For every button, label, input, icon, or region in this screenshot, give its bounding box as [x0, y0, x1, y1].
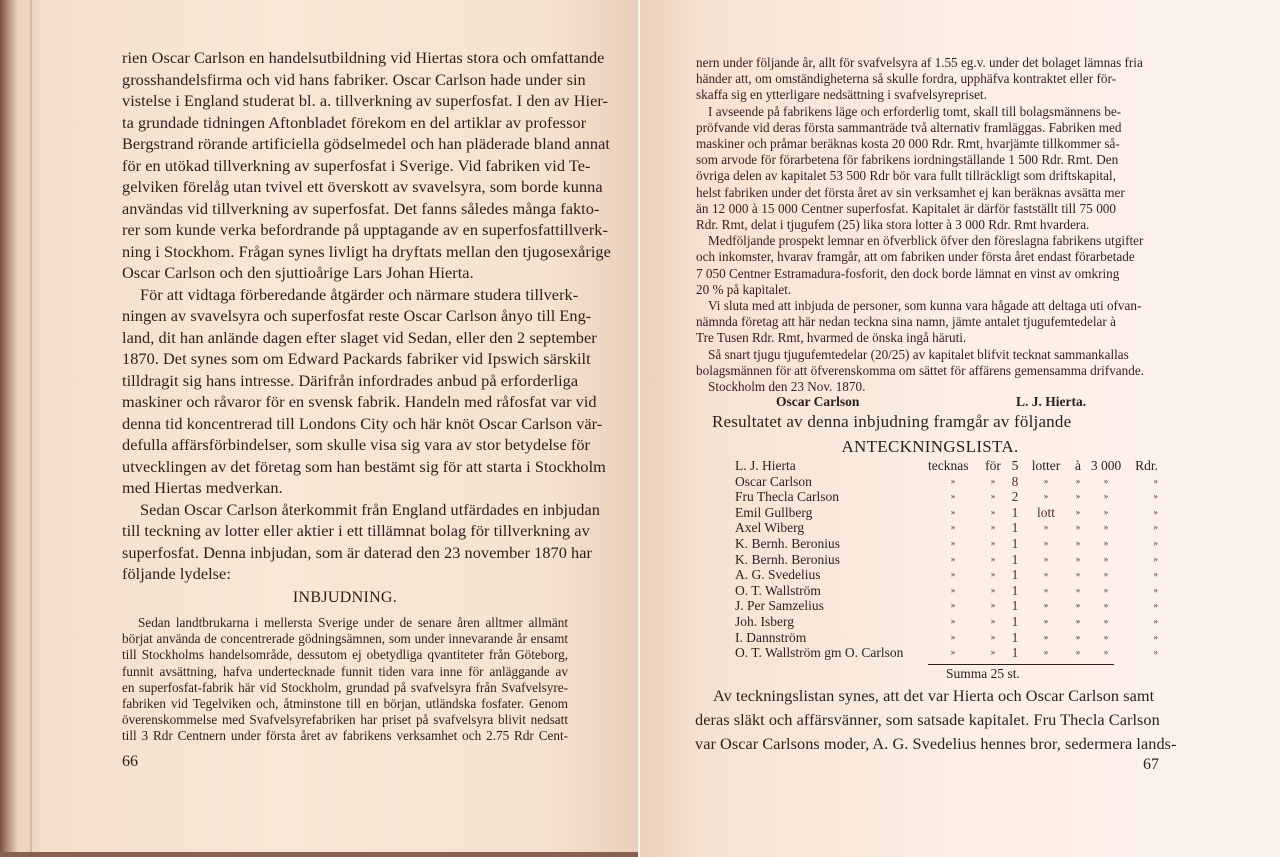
right-body-text: Av teckningslistan synes, att det var Hi…: [695, 684, 1116, 756]
cell: »: [928, 474, 978, 490]
text-line: grosshandelsfirma och vid hans fabriker.…: [122, 69, 568, 91]
invitation-text-left: Sedan landtbrukarna i mellersta Sverige …: [122, 615, 568, 745]
cell: »: [978, 536, 1008, 552]
page-gutter: [638, 0, 640, 857]
cell: »: [1126, 536, 1158, 552]
subscription-list: L. J. Hierta tecknas för 5 lotter à 3 00…: [735, 458, 1158, 661]
cell: »: [978, 614, 1008, 630]
cell: »: [1022, 489, 1070, 505]
book-edge: [0, 0, 40, 857]
text-line: defulla affärsförbindelser, som skulle v…: [122, 434, 568, 456]
text-line: helst fabriken under det första året av …: [696, 185, 1116, 201]
cell: »: [1022, 552, 1070, 568]
text-line: 1870. Det synes som om Edward Packards f…: [122, 348, 568, 370]
text-line: Bergstrand rörande artificiella gödselme…: [122, 133, 568, 155]
text-line: tilldragit sig hans intresse. Därifrån i…: [122, 370, 568, 392]
cell: »: [1070, 567, 1086, 583]
book-bottom-edge: [0, 852, 640, 857]
subscriber-name: Oscar Carlson: [735, 474, 928, 490]
text-line: en superfosfat-fabrik här vid Stockholm,…: [122, 680, 568, 696]
text-line: följande lydelse:: [122, 563, 568, 585]
cell: »: [1126, 505, 1158, 521]
cell: »: [1070, 583, 1086, 599]
subscriber-name: A. G. Svedelius: [735, 567, 928, 583]
cell: »: [1086, 567, 1126, 583]
cell: »: [928, 567, 978, 583]
cell: Rdr.: [1126, 458, 1158, 474]
cell: à: [1070, 458, 1086, 474]
cell: »: [1070, 520, 1086, 536]
cell: »: [978, 552, 1008, 568]
cell: »: [1070, 505, 1086, 521]
cell: 1: [1008, 505, 1022, 521]
table-row: A. G. Svedelius»»1»»»»: [735, 567, 1158, 583]
cell: »: [1086, 552, 1126, 568]
cell: »: [978, 645, 1008, 661]
subscriber-name: K. Bernh. Beronius: [735, 552, 928, 568]
text-line: 20 % på kapitalet.: [696, 282, 1116, 298]
table-row: J. Per Samzelius»»1»»»»: [735, 598, 1158, 614]
table-row: Emil Gullberg»»1lott»»»: [735, 505, 1158, 521]
cell: »: [928, 552, 978, 568]
cell: för: [978, 458, 1008, 474]
cell: »: [1022, 536, 1070, 552]
cell: »: [1070, 474, 1086, 490]
cell: »: [1086, 520, 1126, 536]
text-line: Sedan landtbrukarna i mellersta Sverige …: [122, 615, 568, 631]
text-line: händer att, om omständigheterna så skull…: [696, 71, 1116, 87]
text-line: ning i Stockhom. Frågan synes livligt ha…: [122, 241, 568, 263]
text-line: Rdr. Rmt, delat i tjugufem (25) lika sto…: [696, 217, 1116, 233]
cell: »: [1086, 489, 1126, 505]
cell: 1: [1008, 598, 1022, 614]
text-line: med Hiertas medverkan.: [122, 477, 568, 499]
cell: »: [1022, 583, 1070, 599]
cell: »: [978, 505, 1008, 521]
cell: »: [1086, 474, 1126, 490]
text-line: Av teckningslistan synes, att det var Hi…: [695, 684, 1116, 708]
cell: »: [1022, 630, 1070, 646]
text-line: superfosfat. Denna inbjudan, som är date…: [122, 542, 568, 564]
text-line: än 12 000 à 15 000 Centner superfosfat. …: [696, 201, 1116, 217]
cell: 1: [1008, 567, 1022, 583]
text-line: till 3 Rdr Centnern under första året av…: [122, 728, 568, 744]
page-number-left: 66: [122, 753, 138, 771]
text-line: ta grundade tidningen Aftonbladet föreko…: [122, 112, 568, 134]
cell: »: [1126, 567, 1158, 583]
text-line: maskiner och pråmar beräknas kosta 20 00…: [696, 136, 1116, 152]
subscriber-name: L. J. Hierta: [735, 458, 928, 474]
text-line: bolagsmännen för att öfverenskomma om sä…: [696, 363, 1116, 379]
result-intro: Resultatet av denna inbjudning framgår a…: [712, 412, 1071, 432]
cell: »: [1086, 598, 1126, 614]
cell: »: [928, 645, 978, 661]
cell: 1: [1008, 520, 1022, 536]
cell: »: [978, 567, 1008, 583]
cell: »: [1126, 598, 1158, 614]
text-line: börjat använda de concentrerade gödnings…: [122, 631, 568, 647]
cell: »: [1086, 630, 1126, 646]
cell: »: [1070, 552, 1086, 568]
table-row: Oscar Carlson»»8»»»»: [735, 474, 1158, 490]
text-line: Stockholm den 23 Nov. 1870.: [696, 379, 1116, 395]
table-row: Joh. Isberg»»1»»»»: [735, 614, 1158, 630]
invitation-title: INBJUDNING.: [122, 589, 568, 607]
cell: »: [1022, 645, 1070, 661]
cell: »: [1126, 520, 1158, 536]
cell: »: [1126, 630, 1158, 646]
subscriber-name: Emil Gullberg: [735, 505, 928, 521]
subscriber-name: Joh. Isberg: [735, 614, 928, 630]
cell: »: [978, 520, 1008, 536]
text-line: Så snart tjugu tjugufemtedelar (20/25) a…: [696, 347, 1116, 363]
cell: 1: [1008, 536, 1022, 552]
cell: »: [1126, 645, 1158, 661]
cell: »: [1070, 614, 1086, 630]
table-row: I. Dannström»»1»»»»: [735, 630, 1158, 646]
table-row: K. Bernh. Beronius»»1»»»»: [735, 536, 1158, 552]
text-line: Vi sluta med att inbjuda de personer, so…: [696, 298, 1116, 314]
text-line: till Stockholms handelsområde, dessutom …: [122, 647, 568, 663]
cell: »: [978, 630, 1008, 646]
cell: »: [928, 598, 978, 614]
cell: »: [1070, 536, 1086, 552]
cell: »: [1126, 489, 1158, 505]
table-row: L. J. Hierta tecknas för 5 lotter à 3 00…: [735, 458, 1158, 474]
cell: 1: [1008, 630, 1022, 646]
cell: »: [1126, 552, 1158, 568]
cell: »: [1070, 645, 1086, 661]
text-line: utvecklingen av det företag som han best…: [122, 456, 568, 478]
cell: »: [928, 489, 978, 505]
cell: »: [1086, 505, 1126, 521]
text-line: Oscar Carlson och den sjuttioårige Lars …: [122, 262, 568, 284]
text-line: rien Oscar Carlson en handelsutbildning …: [122, 47, 568, 69]
cell: »: [928, 583, 978, 599]
text-line: för en utökad tillverkning av superfosfa…: [122, 155, 568, 177]
cell: »: [1126, 583, 1158, 599]
cell: »: [1126, 474, 1158, 490]
text-line: nern under följande år, allt för svafvel…: [696, 55, 1116, 71]
text-line: maskiner och råvaror för en svensk fabri…: [122, 391, 568, 413]
text-line: överenskommelse med Svafvelsyrefabriken …: [122, 712, 568, 728]
text-line: deras släkt och affärsvänner, som satsad…: [695, 708, 1116, 732]
text-line: ningen av svavelsyra och superfosfat res…: [122, 305, 568, 327]
cell: »: [928, 505, 978, 521]
cell: »: [1022, 520, 1070, 536]
text-line: till teckning av lotter eller aktier i e…: [122, 520, 568, 542]
cell: »: [928, 614, 978, 630]
table-row: Axel Wiberg»»1»»»»: [735, 520, 1158, 536]
cell: »: [1086, 645, 1126, 661]
signature-lj-hierta: L. J. Hierta.: [1016, 394, 1086, 410]
cell: »: [1070, 489, 1086, 505]
table-row: Fru Thecla Carlson»»2»»»»: [735, 489, 1158, 505]
list-title: ANTECKNINGSLISTA.: [800, 437, 1060, 457]
text-line: nämnda företag att här nedan teckna sina…: [696, 314, 1116, 330]
subscriber-name: J. Per Samzelius: [735, 598, 928, 614]
sum-rule: [928, 664, 1114, 665]
text-line: denna tid koncentrerad till Londons City…: [122, 413, 568, 435]
cell: »: [1022, 474, 1070, 490]
text-line: vistelse i England studerat bl. a. tillv…: [122, 90, 568, 112]
cell: »: [1070, 598, 1086, 614]
subscriber-name: I. Dannström: [735, 630, 928, 646]
cell: »: [1022, 598, 1070, 614]
cell: 5: [1008, 458, 1022, 474]
text-line: För att vidtaga förberedande åtgärder oc…: [122, 284, 568, 306]
cell: 1: [1008, 614, 1022, 630]
text-line: användas vid tillverkning av superfosfat…: [122, 198, 568, 220]
text-line: Medföljande prospekt lemnar en öfverblic…: [696, 233, 1116, 249]
text-line: 7 050 Centner Estramadura-fosforit, den …: [696, 266, 1116, 282]
table-row: K. Bernh. Beronius»»1»»»»: [735, 552, 1158, 568]
cell: »: [1126, 614, 1158, 630]
cell: 2: [1008, 489, 1022, 505]
cell: »: [1070, 630, 1086, 646]
subscriber-name: Fru Thecla Carlson: [735, 489, 928, 505]
page-number-right: 67: [1143, 756, 1159, 774]
text-line: var Oscar Carlsons moder, A. G. Svedeliu…: [695, 732, 1116, 756]
text-line: Sedan Oscar Carlson återkommit från Engl…: [122, 499, 568, 521]
text-line: I avseende på fabrikens läge och erforde…: [696, 104, 1116, 120]
cell: 3 000: [1086, 458, 1126, 474]
text-line: rer som kunde verka befordrande på uppta…: [122, 219, 568, 241]
text-line: Tre Tusen Rdr. Rmt, hvarmed de önska ing…: [696, 330, 1116, 346]
text-line: övriga delen av kapitalet 53 500 Rdr bör…: [696, 168, 1116, 184]
cell: 1: [1008, 552, 1022, 568]
cell: 1: [1008, 645, 1022, 661]
text-line: som arvode för förarbetena för fabrikens…: [696, 152, 1116, 168]
cell: »: [978, 474, 1008, 490]
cell: lott: [1022, 505, 1070, 521]
invitation-text-right: nern under följande år, allt för svafvel…: [696, 55, 1116, 395]
book-spread: rien Oscar Carlson en handelsutbildning …: [0, 0, 1280, 857]
subscriber-name: O. T. Wallström: [735, 583, 928, 599]
text-line: funnit avsättning, hafva undertecknade f…: [122, 664, 568, 680]
text-line: skaffa sig en ytterligare nedsättning i …: [696, 87, 1116, 103]
subscriber-name: O. T. Wallström gm O. Carlson: [735, 645, 928, 661]
table-row: O. T. Wallström gm O. Carlson»»1»»»»: [735, 645, 1158, 661]
cell: »: [978, 489, 1008, 505]
cell: lotter: [1022, 458, 1070, 474]
subscription-total: Summa 25 st.: [946, 666, 1020, 682]
cell: 1: [1008, 583, 1022, 599]
cell: »: [1086, 614, 1126, 630]
cell: 8: [1008, 474, 1022, 490]
text-line: fabriken vid Tegelviken och, åtminstone …: [122, 696, 568, 712]
cell: »: [978, 598, 1008, 614]
cell: »: [1022, 614, 1070, 630]
signature-oscar-carlson: Oscar Carlson: [776, 394, 859, 410]
subscriber-name: K. Bernh. Beronius: [735, 536, 928, 552]
text-line: gelviken förelåg utan tvivel ett översko…: [122, 176, 568, 198]
text-line: och inkomster, hvarav framgår, att om fa…: [696, 249, 1116, 265]
cell: »: [1086, 536, 1126, 552]
cell: »: [978, 583, 1008, 599]
table-row: O. T. Wallström»»1»»»»: [735, 583, 1158, 599]
cell: tecknas: [928, 458, 978, 474]
text-line: pröfvande vid deras första sammanträde t…: [696, 120, 1116, 136]
left-body-text: rien Oscar Carlson en handelsutbildning …: [122, 47, 568, 585]
cell: »: [1022, 567, 1070, 583]
cell: »: [1086, 583, 1126, 599]
cell: »: [928, 536, 978, 552]
text-line: land, dit han anlände dagen efter slaget…: [122, 327, 568, 349]
cell: »: [928, 520, 978, 536]
cell: »: [928, 630, 978, 646]
subscriber-name: Axel Wiberg: [735, 520, 928, 536]
